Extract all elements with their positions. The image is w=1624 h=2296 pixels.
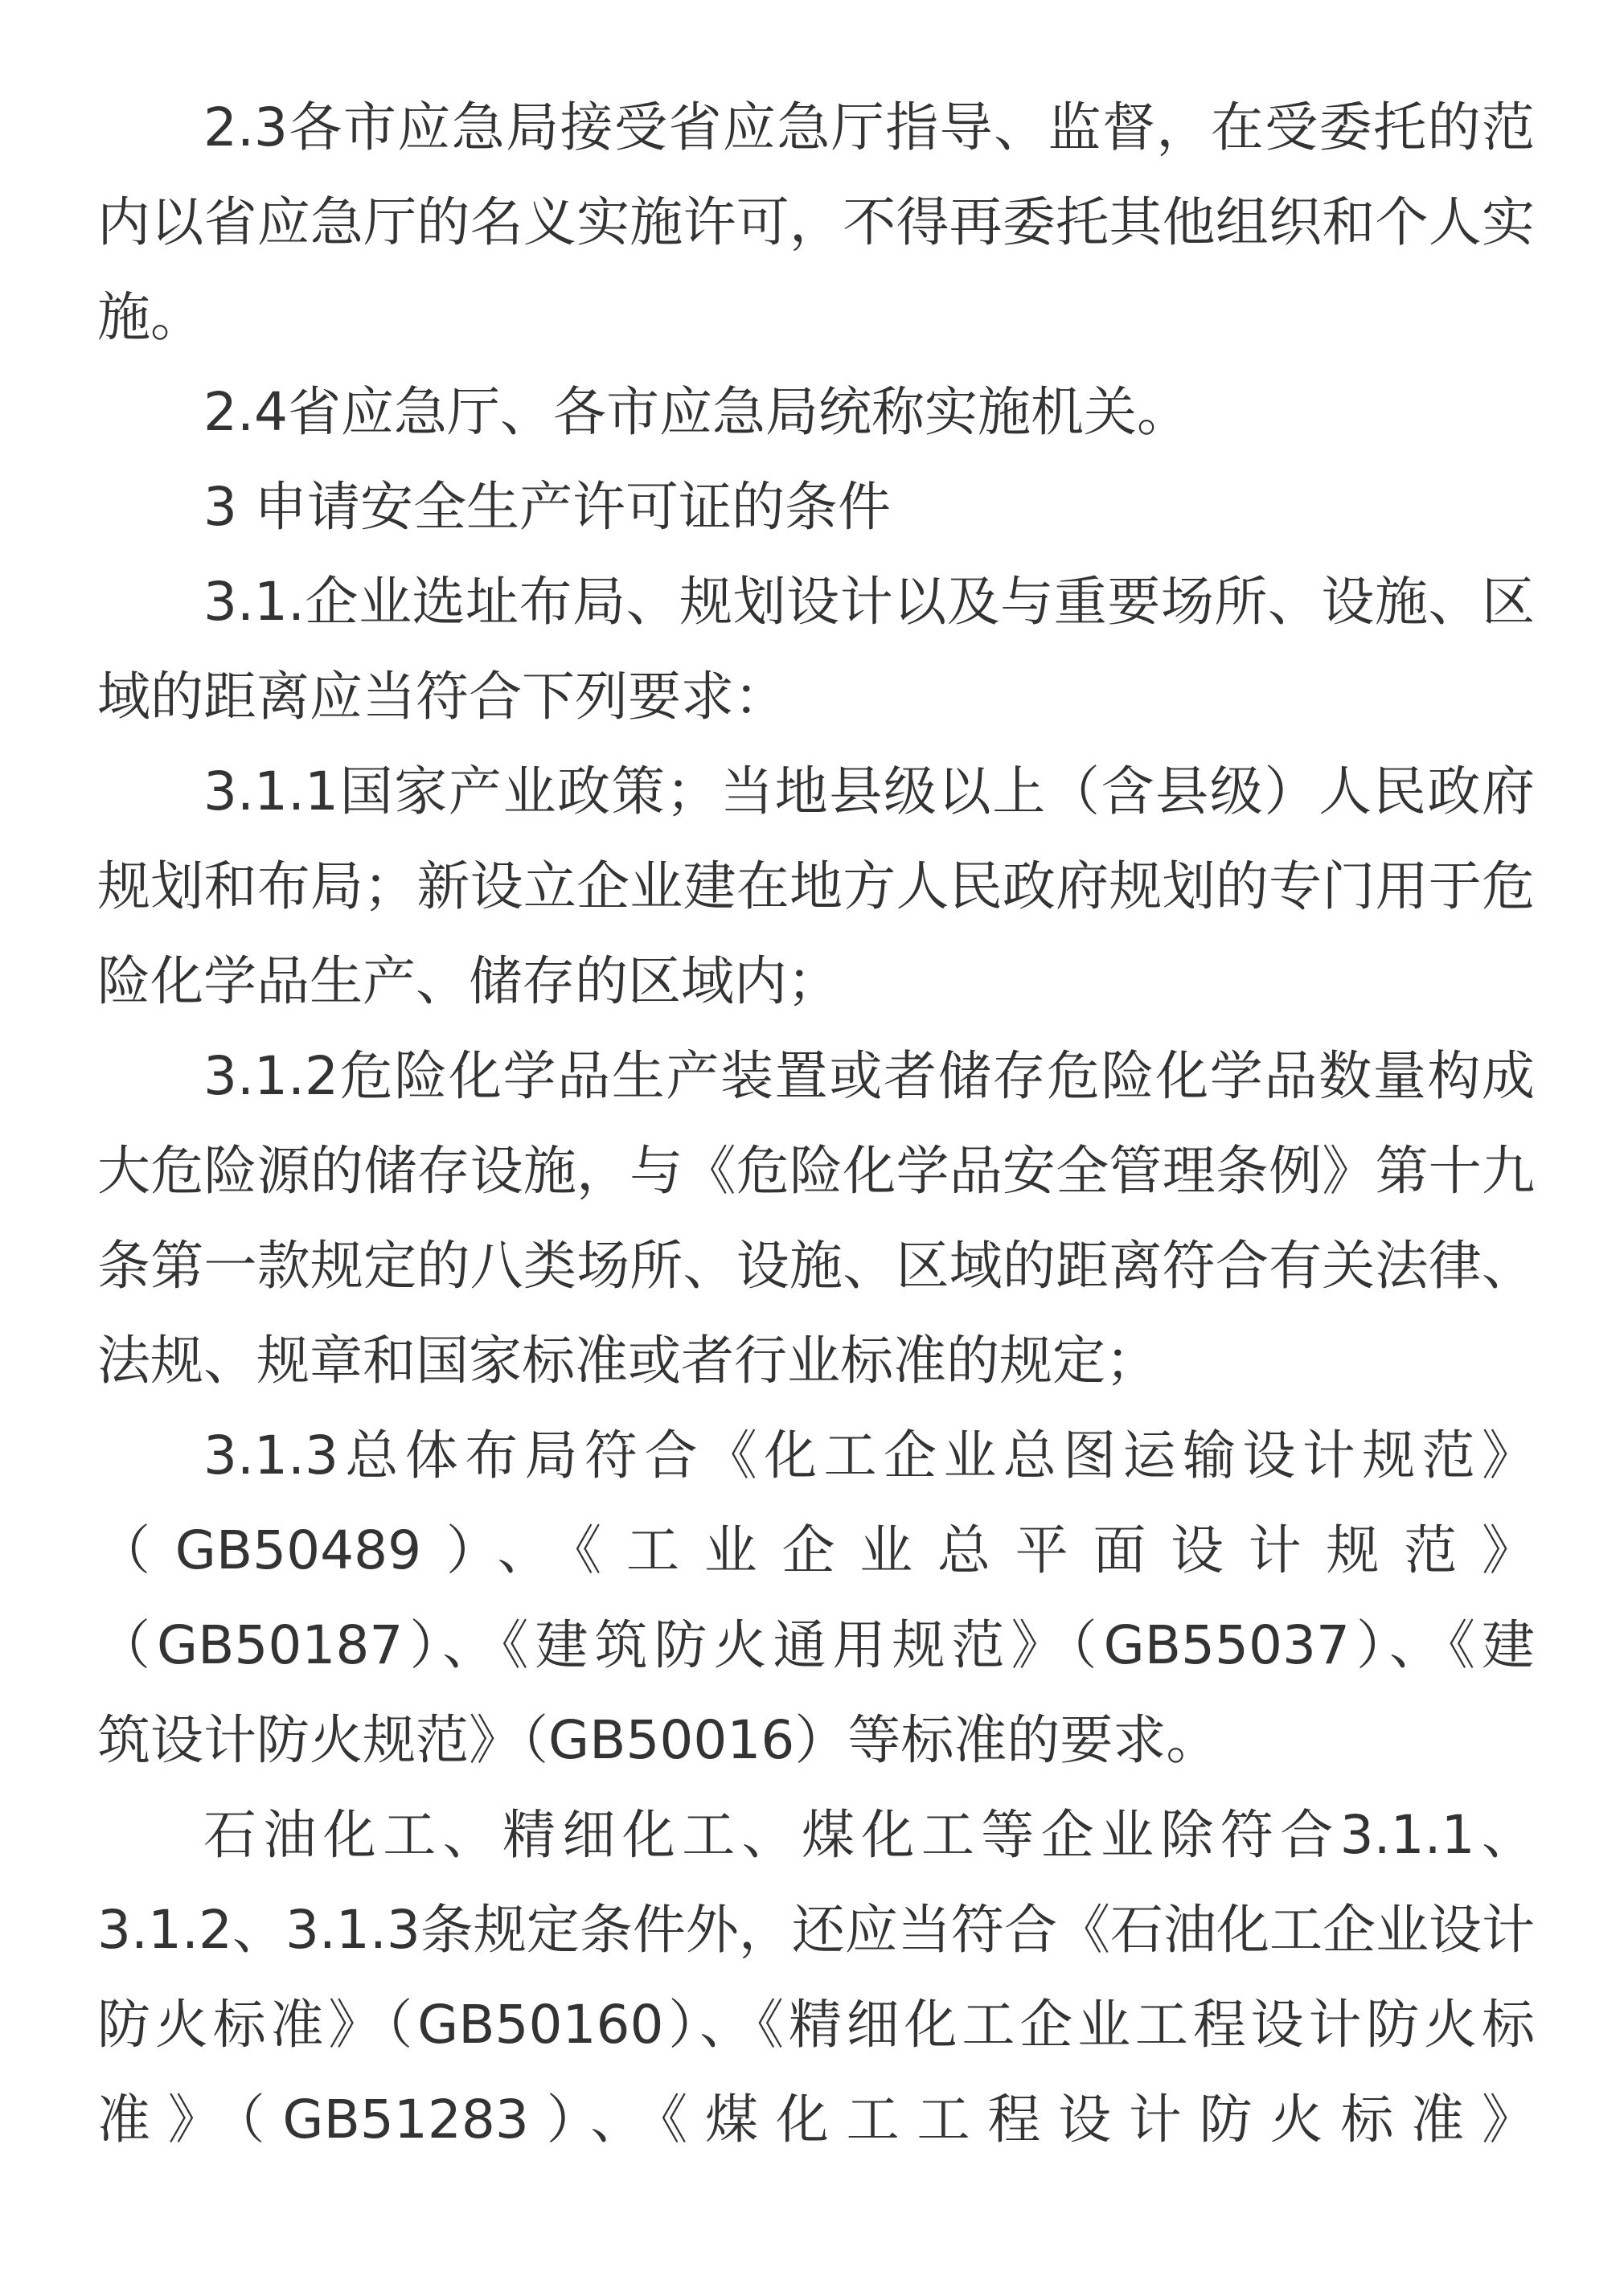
- paragraph-3-1-3: 3.1.3总体布局符合《化工企业总图运输设计规范》 （GB50489）、《工业企…: [97, 1408, 1535, 1788]
- text-line: 3.1.2危险化学品生产装置或者储存危险化学品数量构成重: [97, 1029, 1535, 1124]
- section-heading-3: 3 申请安全生产许可证的条件: [97, 460, 1535, 555]
- text-line: 3.1.2、3.1.3条规定条件外，还应当符合《石油化工企业设计: [97, 1883, 1535, 1978]
- text-line: 2.3各市应急局接受省应急厅指导、监督，在受委托的范围: [97, 80, 1535, 175]
- document-page: 2.3各市应急局接受省应急厅指导、监督，在受委托的范围 内以省应急厅的名义实施许…: [97, 80, 1535, 2167]
- text-line: 准》（GB51283）、《煤化工工程设计防火标准》: [97, 2073, 1535, 2167]
- text-line: 筑设计防火规范》（GB50016）等标准的要求。: [97, 1693, 1535, 1788]
- text-line: 法规、规章和国家标准或者行业标准的规定；: [97, 1314, 1535, 1408]
- text-line: （GB50489）、《工业企业总平面设计规范》: [97, 1503, 1535, 1598]
- paragraph-2-4: 2.4省应急厅、各市应急局统称实施机关。: [97, 365, 1535, 460]
- text-line: 条第一款规定的八类场所、设施、区域的距离符合有关法律、: [97, 1219, 1535, 1314]
- paragraph-3-1: 3.1.企业选址布局、规划设计以及与重要场所、设施、区 域的距离应当符合下列要求…: [97, 555, 1535, 744]
- text-line: 2.4省应急厅、各市应急局统称实施机关。: [97, 365, 1535, 460]
- text-line: 3.1.1国家产业政策；当地县级以上（含县级）人民政府的: [97, 744, 1535, 839]
- text-line: 防火标准》（GB50160）、《精细化工企业工程设计防火标: [97, 1978, 1535, 2073]
- text-line: 规划和布局；新设立企业建在地方人民政府规划的专门用于危: [97, 839, 1535, 934]
- text-line: （GB50187）、《建筑防火通用规范》（GB55037）、《建: [97, 1598, 1535, 1693]
- text-line: 大危险源的储存设施，与《危险化学品安全管理条例》第十九: [97, 1124, 1535, 1219]
- text-line: 3.1.企业选址布局、规划设计以及与重要场所、设施、区: [97, 555, 1535, 650]
- section-heading-text: 3 申请安全生产许可证的条件: [97, 460, 1535, 555]
- text-line: 施。: [97, 270, 1535, 365]
- text-line: 石油化工、精细化工、煤化工等企业除符合3.1.1、: [97, 1788, 1535, 1883]
- text-line: 内以省应急厅的名义实施许可，不得再委托其他组织和个人实: [97, 175, 1535, 270]
- paragraph-3-1-1: 3.1.1国家产业政策；当地县级以上（含县级）人民政府的 规划和布局；新设立企业…: [97, 744, 1535, 1029]
- text-line: 域的距离应当符合下列要求：: [97, 650, 1535, 744]
- paragraph-2-3: 2.3各市应急局接受省应急厅指导、监督，在受委托的范围 内以省应急厅的名义实施许…: [97, 80, 1535, 365]
- paragraph-petrochemical: 石油化工、精细化工、煤化工等企业除符合3.1.1、 3.1.2、3.1.3条规定…: [97, 1788, 1535, 2167]
- text-line: 3.1.3总体布局符合《化工企业总图运输设计规范》: [97, 1408, 1535, 1503]
- text-line: 险化学品生产、储存的区域内；: [97, 934, 1535, 1029]
- paragraph-3-1-2: 3.1.2危险化学品生产装置或者储存危险化学品数量构成重 大危险源的储存设施，与…: [97, 1029, 1535, 1408]
